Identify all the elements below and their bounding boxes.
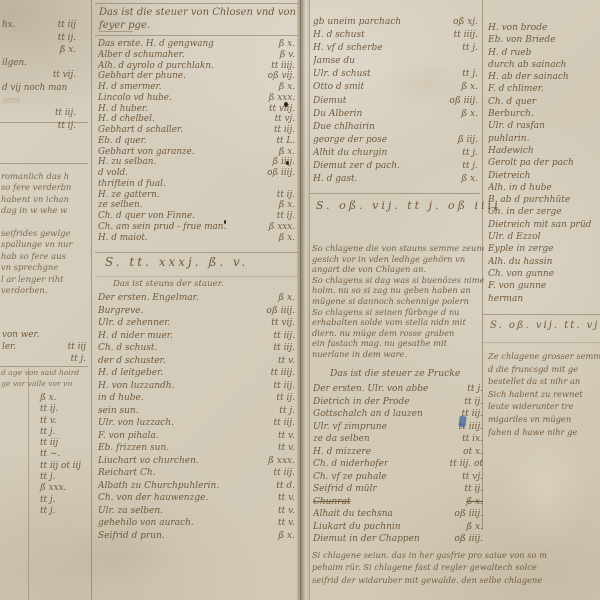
entry-amount: tt vij.: [53, 69, 76, 82]
prose-line: bestellet da st nihr an: [488, 375, 600, 388]
prose-line: Si chlagene seiun. das in her gasfrie pr…: [312, 549, 600, 561]
ledger-name-row: Berburch.: [488, 108, 600, 120]
entry-name: Gebhart der phune.: [98, 71, 186, 82]
ledger-row: Diemut in der Chappenoß iiij.: [313, 533, 483, 546]
summary-rule-below: [95, 276, 298, 277]
entry-name: gehehilo von aurach.: [98, 517, 194, 530]
entry-amount: tt j.: [467, 383, 483, 396]
prose-line: verdorben.: [1, 285, 89, 296]
entry-amount: ß x.: [466, 521, 483, 534]
entry-name: H. d nider muer.: [98, 330, 173, 343]
entry-name: H. d leitgeber.: [98, 367, 163, 380]
prucke-section-heading: Das ist die steuer ze Prucke: [330, 368, 460, 379]
ink-blot: [224, 220, 226, 224]
entry-name: Ch. d quer von Finne.: [98, 211, 195, 222]
entry-name: Ulr. d zehenner.: [98, 317, 170, 330]
margin-row: hx.tt iij: [2, 19, 86, 32]
entry-name: von wer.: [2, 329, 40, 341]
entry-name: Das erste. H. d gengwang: [98, 39, 214, 50]
ledger-row: H. vf d scherbett j.: [313, 42, 478, 55]
amount-line: ß xxx.: [40, 483, 81, 494]
margin-row: d vij noch man: [2, 82, 86, 95]
entry-name: Eb. d quer.: [98, 136, 147, 147]
prose-line: spallunge vn nur: [1, 239, 89, 250]
entry-name: som: [2, 95, 20, 108]
prose-line: l ar lenger riht: [1, 274, 89, 285]
ledger-row: H. d chelbel.tt vj.: [98, 114, 295, 125]
header-rule: [95, 35, 298, 36]
entry-amount: tt iiij.: [271, 61, 295, 72]
ledger-row: Reichart Ch.tt iij.: [98, 467, 295, 480]
left-margin-amount-column: ß x.tt ij.tt v.tt j.tt iijtt ~.tt iij ot…: [40, 393, 81, 517]
section-1-summary: S. tt. xxxj. ß. v.: [105, 255, 248, 269]
ledger-name-row: H. von brode: [488, 22, 600, 34]
prose-line: so fere verderbn: [1, 182, 89, 193]
right-bottom-paragraph: Si chlagene seiun. das in her gasfrie pr…: [312, 549, 600, 586]
entry-name: der d schuster.: [98, 355, 166, 368]
prose-line: gesich vor in vden ledhge gehörn vn: [312, 254, 484, 265]
entry-name: H. zu selban.: [98, 157, 156, 168]
entry-name: Alh. d ayrolo d purchlakn.: [98, 61, 214, 72]
ledger-name-row: Dietreich mit san prüd: [488, 219, 600, 231]
prose-line: leute widerunter tre: [488, 400, 600, 413]
ledger-row: in d hube.tt ij.: [98, 392, 295, 405]
ledger-row: Eb. frizzen sun.tt v.: [98, 442, 295, 455]
ledger-row: Der ersten. Ulr. von abbett j.: [313, 383, 483, 396]
ledger-row: Diemut zer d pach.tt j.: [313, 160, 478, 173]
entry-amount: tt iiij.: [454, 29, 478, 42]
ledger-row: Alhait du techsnaoß iiij.: [313, 508, 483, 521]
ink-blot: [286, 161, 289, 165]
ledger-row: H. d gast.ß x.: [313, 173, 478, 186]
top-rule: [95, 3, 298, 4]
ledger-row: H. ze gattern.tt ij.: [98, 190, 295, 201]
entry-name: ler.: [2, 341, 16, 353]
right-ledger-col2: H. von brodeEb. von BriedeH. d ruebdurch…: [488, 22, 600, 305]
entry-name: Otto d smit: [313, 81, 364, 94]
entry-amount: oß iiij.: [267, 168, 295, 179]
entry-amount: tt viij.: [269, 104, 295, 115]
ledger-row: der d schuster.tt v.: [98, 355, 295, 368]
margin-row: tt ij.: [2, 120, 86, 133]
ledger-name-row: H. ab der sainach: [488, 71, 600, 83]
rcol2-summary-rule-above: [483, 314, 600, 315]
entry-name: Ch. d schust.: [98, 342, 157, 355]
entry-name: Burgreve.: [98, 305, 143, 318]
ledger-section-2: Der ersten. Engelmar.ß x.Burgreve.oß iii…: [98, 292, 295, 542]
right-col2-paragraph: Ze chlagene grosser semmd die fruncsgd m…: [488, 350, 600, 438]
ledger-row: Alhit du churgintt j.: [313, 147, 478, 160]
ledger-row: Dietrich in der Prodett ij.: [313, 396, 483, 409]
ledger-name-row: Eb. von Briede: [488, 34, 600, 46]
margin-row: som: [2, 95, 86, 108]
entry-name: H. d chelbel.: [98, 114, 155, 125]
entry-amount: ß xxx.: [268, 455, 295, 468]
summary-rule-above: [95, 252, 298, 253]
entry-amount: tt vj.: [462, 471, 483, 484]
entry-name: H. d schust: [313, 29, 365, 42]
entry-name: H. vf d scherbe: [313, 42, 383, 55]
prucke-ledger-list: Der ersten. Ulr. von abbett j.Dietrich i…: [313, 383, 483, 546]
ledger-row: Das erste. H. d gengwangß x.: [98, 39, 295, 50]
ledger-name-row: H. d rueb: [488, 47, 600, 59]
ledger-row: ze selben.ß x.: [98, 200, 295, 211]
prose-line: vn sprechgne: [1, 262, 89, 273]
ledger-name-row: Ulr. d Ezzol: [488, 231, 600, 243]
entry-name: george der pose: [313, 134, 387, 147]
prose-line: seifrides gewlge: [1, 228, 89, 239]
entry-amount: tt iij.: [273, 342, 295, 355]
entry-name: Ulr. za selben.: [98, 505, 163, 518]
ledger-row: Ulr. von luzzach.tt iij.: [98, 417, 295, 430]
prose-line: angart die von Chlagen an.: [312, 264, 484, 275]
left-margin-prose: romanlich das hso fere verderbnhabent vn…: [1, 171, 89, 296]
entry-name: Alhit du churgin: [313, 147, 387, 160]
entry-amount: tt v.: [278, 430, 295, 443]
ledger-row: Ch. d schust.tt iij.: [98, 342, 295, 355]
ledger-row: Due chlhairin: [313, 121, 478, 134]
ledger-row: Ulr. za selben.tt v.: [98, 505, 295, 518]
ledger-row: Gottschalch an d lauzentt iij.: [313, 408, 483, 421]
right-ledger-top: gb uneim parchachoß xj.H. d schusttt iii…: [313, 16, 478, 186]
entry-name: Eb. frizzen sun.: [98, 442, 169, 455]
right-page-edge-line: [309, 0, 310, 600]
amount-line: tt iij ot iij: [40, 461, 81, 472]
manuscript-scan: hx.tt iijtt ij.ß x.ilgen.tt vij.d vij no…: [0, 0, 600, 600]
entry-amount: tt ij.: [464, 483, 483, 496]
ledger-row: Burgreve.oß iiij.: [98, 305, 295, 318]
entry-name: Du Alberin: [313, 108, 362, 121]
amount-line: tt v.: [40, 416, 81, 427]
entry-amount: ß iij.: [458, 134, 478, 147]
ledger-row: Jamse du: [313, 55, 478, 68]
entry-amount: tt ij.: [58, 32, 76, 45]
entry-name: Gottschalch an d lauzen: [313, 408, 423, 421]
ledger-name-row: Alh. du hassin: [488, 256, 600, 268]
entry-name: Gebhart d schaller.: [98, 125, 183, 136]
ink-blot: [284, 102, 288, 107]
entry-amount: tt v.: [278, 442, 295, 455]
entry-name: ze da selben: [313, 433, 370, 446]
ledger-row: H. d huber.tt viij.: [98, 104, 295, 115]
prose-line: dag in w whe w: [1, 205, 89, 216]
ledger-row: H. zu selban.ß iiij.: [98, 157, 295, 168]
prose-line: So chlagene die von stauns semme zeune: [312, 243, 484, 254]
entry-name: d vold.: [98, 168, 128, 179]
ledger-row: Eb. d quer.tt L.: [98, 136, 295, 147]
entry-amount: ß iiij.: [272, 157, 295, 168]
ledger-name-row: F. d chlimer.: [488, 83, 600, 95]
margin-row: tt vij.: [2, 69, 86, 82]
entry-amount: ß x.: [279, 82, 295, 93]
ledger-row: H. d schusttt iiij.: [313, 29, 478, 42]
prose-line: mügene si dannoch schennige polern: [312, 296, 484, 307]
entry-amount: tt iij.: [274, 125, 295, 136]
ledger-row: Diemutoß iiij.: [313, 95, 478, 108]
ledger-row: gehehilo von aurach.tt v.: [98, 517, 295, 530]
amount-line: tt j.: [40, 495, 81, 506]
entry-amount: ß x.: [279, 147, 295, 158]
entry-amount: oß iiij.: [454, 508, 483, 521]
prose-line: So chlagens si dag was si buenözes nime: [312, 275, 484, 286]
left-column-rule: [91, 0, 92, 600]
entry-amount: oß vij.: [268, 71, 295, 82]
prose-line: seifrid der widaruber mit gewalde. den s…: [312, 574, 600, 586]
amount-line: ß x.: [40, 393, 81, 404]
ledger-row: Albath zu Churchpuhlerin.tt d.: [98, 480, 295, 493]
amount-line: tt j.: [40, 506, 81, 517]
entry-name: Jamse du: [313, 55, 355, 68]
entry-amount: tt ij.: [277, 190, 295, 201]
entry-name: Seifrid d prun.: [98, 530, 165, 543]
ledger-name-row: F. von gunne: [488, 280, 600, 292]
entry-name: Ch. d niderhofer: [313, 458, 388, 471]
entry-amount: tt v.: [278, 492, 295, 505]
entry-amount: oß xj.: [453, 16, 478, 29]
entry-amount: tt ij.: [277, 211, 295, 222]
entry-amount: oß iiij.: [266, 305, 295, 318]
prose-line: migariles vn mügen: [488, 413, 600, 426]
entry-amount: tt j.: [462, 42, 478, 55]
ledger-row: Chunratß x.: [313, 496, 483, 509]
entry-name: in d hube.: [98, 392, 144, 405]
ledger-row: Ch. d niderhofertt iij. ot: [313, 458, 483, 471]
entry-name: Lincolo vd hube.: [98, 93, 172, 104]
prose-line: hab so fere aus: [1, 251, 89, 262]
entry-amount: ß x.: [461, 173, 478, 186]
entry-name: Liuchart vo churchen.: [98, 455, 199, 468]
entry-name: H. d huber.: [98, 104, 148, 115]
entry-name: Liukart du puchnin: [313, 521, 401, 534]
ledger-row: H. d smermer.ß x.: [98, 82, 295, 93]
amount-line: tt j.: [40, 427, 81, 438]
prose-line: d age von said hoird: [1, 368, 89, 379]
ledger-row: Gebhart von garanze.ß x.: [98, 147, 295, 158]
entry-name: ze selben.: [98, 200, 142, 211]
prose-line: pehaim rür. Si chlagene fast d regler ge…: [312, 561, 600, 573]
entry-name: thriftein d fual.: [98, 179, 166, 190]
entry-name: H. d gast.: [313, 173, 357, 186]
section-2-heading: Das ist steuns der stauer.: [113, 279, 224, 289]
entry-amount: ß xxx.: [269, 222, 295, 233]
ledger-row: Gebhart d schaller.tt iij.: [98, 125, 295, 136]
ledger-name-row: herman: [488, 293, 600, 305]
amount-line: tt j.: [40, 472, 81, 483]
entry-name: Diemut in der Chappen: [313, 533, 420, 546]
entry-amount: tt iij. ot: [450, 458, 483, 471]
entry-amount: tt iij.: [55, 107, 76, 120]
entry-name: H. von luzzandh.: [98, 380, 174, 393]
ledger-row: H. von luzzandh.tt iij.: [98, 380, 295, 393]
margin-vertical-rule: [28, 368, 29, 600]
prose-line: d die fruncsgd mit ge: [488, 363, 600, 376]
ledger-row: Lincolo vd hube.ß xxx.: [98, 93, 295, 104]
entry-name: Ch. am sein prud - frue man.: [98, 222, 226, 233]
prose-line: ge vor valle vor vn: [1, 379, 89, 390]
ledger-row: gb uneim parchachoß xj.: [313, 16, 478, 29]
prose-line: [1, 217, 89, 228]
entry-name: d vij noch man: [2, 82, 67, 95]
prose-line: romanlich das h: [1, 171, 89, 182]
entry-amount: ß xxx.: [269, 93, 295, 104]
entry-name: sein sun.: [98, 405, 139, 418]
entry-name: Ch. vf ze puhale: [313, 471, 387, 484]
ledger-row: Alber d schumaher.ß v.: [98, 50, 295, 61]
entry-amount: ß x.: [279, 39, 295, 50]
left-page-header: Das ist die steuer von Chlosen vnd von e…: [99, 6, 297, 32]
header-line-2: feyer pge.: [99, 19, 297, 32]
entry-amount: ß x.: [279, 200, 295, 211]
ledger-name-row: Eyple in zerge: [488, 243, 600, 255]
margin-row: tt j.: [2, 353, 86, 365]
entry-name: ilgen.: [2, 57, 27, 70]
prose-line: nuerlane in dem ware.: [312, 349, 484, 360]
ledger-row: d vold.oß iiij.: [98, 168, 295, 179]
ledger-section-1: Das erste. H. d gengwangß x.Alber d schu…: [98, 39, 295, 243]
entry-name: Gebhart von garanze.: [98, 147, 195, 158]
entry-name: Chunrat: [313, 496, 351, 509]
ledger-row: Ch. am sein prud - frue man.ß xxx.: [98, 222, 295, 233]
ledger-name-row: Dietreich: [488, 170, 600, 182]
entry-amount: tt iij: [68, 341, 86, 353]
rcol2-summary-rule-below: [483, 342, 600, 343]
prose-line: erhabalten solde vom stella nidn mit: [312, 317, 484, 328]
entry-amount: tt vj.: [275, 114, 295, 125]
ledger-row: sein sun.tt j.: [98, 405, 295, 418]
ledger-row: Ulr. d zehenner.tt vij.: [98, 317, 295, 330]
prose-line: habent vn ichan: [1, 194, 89, 205]
ledger-row: H. d leitgeber.tt iiij.: [98, 367, 295, 380]
ledger-name-row: Ch. in der zerge: [488, 206, 600, 218]
margin-row: tt ij.: [2, 32, 86, 45]
ledger-row: Du Alberinß x.: [313, 108, 478, 121]
prose-line: Sich habent zu rewnet: [488, 388, 600, 401]
prose-line: fahen d hawe nihr ge: [488, 426, 600, 439]
entry-name: Dietrich in der Prode: [313, 396, 410, 409]
ledger-name-row: puhlarin.: [488, 133, 600, 145]
margin-row: von wer.: [2, 329, 86, 341]
entry-name: Der ersten. Engelmar.: [98, 292, 199, 305]
margin-row: ilgen.: [2, 57, 86, 70]
ledger-name-row: Hadewich: [488, 145, 600, 157]
prose-line: diern. nu müge dem rosse graben: [312, 328, 484, 339]
ledger-row: thriftein d fual.: [98, 179, 295, 190]
left-margin-lower-note: d age von said hoirdge vor valle vor vn: [1, 368, 89, 389]
margin-row: ler.tt iij: [2, 341, 86, 353]
ledger-row: Seifrid d prun.ß x.: [98, 530, 295, 543]
entry-name: Ch. von der hauwenzge.: [98, 492, 208, 505]
entry-name: Diemut zer d pach.: [313, 160, 400, 173]
entry-amount: tt v.: [278, 355, 295, 368]
entry-name: Alhait du techsna: [313, 508, 393, 521]
ledger-row: Ch. von der hauwenzge.tt v.: [98, 492, 295, 505]
entry-name: gb uneim parchach: [313, 16, 401, 29]
ledger-row: H. d maiot.ß x.: [98, 233, 295, 244]
entry-name: Seifrid d mülr: [313, 483, 377, 496]
left-margin-lower-list: von wer.ler.tt iijtt j.: [2, 329, 86, 365]
entry-amount: ot x.: [463, 446, 483, 459]
amount-line: tt ~.: [40, 449, 81, 460]
ledger-row: Der ersten. Engelmar.ß x.: [98, 292, 295, 305]
prose-line: Ze chlagene grosser semm: [488, 350, 600, 363]
entry-name: Ulr. von luzzach.: [98, 417, 174, 430]
entry-name: Alber d schumaher.: [98, 50, 185, 61]
entry-amount: tt vij.: [271, 317, 295, 330]
amount-line: tt ij.: [40, 404, 81, 415]
left-page-edge-line: [300, 0, 301, 600]
ledger-row: Otto d smitß x.: [313, 81, 478, 94]
entry-amount: oß iiij.: [449, 95, 478, 108]
margin-row: ß x.: [2, 44, 86, 57]
entry-amount: tt v.: [278, 517, 295, 530]
prose-line: holm. nu so si zag nu geben haben an: [312, 285, 484, 296]
header-line-1: Das ist die steuer von Chlosen vnd von e…: [99, 6, 297, 19]
margin-rule-3: [0, 366, 88, 367]
entry-amount: ß v.: [280, 50, 295, 61]
entry-amount: tt d.: [276, 480, 295, 493]
entry-name: H. d maiot.: [98, 233, 148, 244]
ledger-row: Liukart du puchninß x.: [313, 521, 483, 534]
ledger-name-row: durch ab sainach: [488, 59, 600, 71]
ledger-name-row: Ch. d quer: [488, 96, 600, 108]
entry-amount: tt iij.: [273, 417, 295, 430]
ledger-row: H. d mizzereot x.: [313, 446, 483, 459]
entry-name: H. ze gattern.: [98, 190, 160, 201]
entry-amount: tt iij.: [273, 380, 295, 393]
entry-amount: ß x.: [278, 292, 295, 305]
entry-amount: tt j.: [279, 405, 295, 418]
ledger-row: Ch. vf ze puhalett vj.: [313, 471, 483, 484]
entry-name: Diemut: [313, 95, 346, 108]
entry-name: hx.: [2, 19, 15, 32]
entry-amount: tt iij.: [273, 467, 295, 480]
entry-amount: tt j.: [462, 147, 478, 160]
entry-amount: tt j.: [71, 353, 86, 365]
entry-amount: tt ix.: [462, 433, 483, 446]
entry-name: F. von pihala.: [98, 430, 159, 443]
entry-amount: ß x.: [466, 496, 483, 509]
ledger-row: ze da selbentt ix.: [313, 433, 483, 446]
entry-name: Der ersten. Ulr. von abbe: [313, 383, 428, 396]
entry-amount: tt iiij.: [271, 367, 295, 380]
prose-line: So chlagens si seinen fürbnge d nu: [312, 307, 484, 318]
entry-amount: tt ij.: [276, 392, 295, 405]
right-col1-summary: S. oß. vij. tt j. oß iiij: [316, 199, 500, 212]
entry-amount: ß x.: [279, 233, 295, 244]
entry-amount: tt iij.: [273, 330, 295, 343]
entry-name: Albath zu Churchpuhlerin.: [98, 480, 219, 493]
right-col1-paragraph-1: So chlagene die von stauns semme zeunege…: [312, 243, 484, 360]
left-margin-top-list: hx.tt iijtt ij.ß x.ilgen.tt vij.d vij no…: [2, 19, 86, 132]
entry-amount: tt L.: [276, 136, 295, 147]
ledger-name-row: Ch. von gunne: [488, 268, 600, 280]
entry-amount: ß x.: [278, 530, 295, 543]
prose-line: ein fastach mag. nu gesathe mit: [312, 338, 484, 349]
entry-amount: ß x.: [461, 81, 478, 94]
entry-name: H. d mizzere: [313, 446, 371, 459]
entry-amount: tt j.: [462, 68, 478, 81]
entry-amount: tt v.: [278, 505, 295, 518]
rcol1-summary-rule: [310, 193, 480, 194]
ledger-row: H. d nider muer.tt iij.: [98, 330, 295, 343]
ledger-row: Liuchart vo churchen.ß xxx.: [98, 455, 295, 468]
ledger-row: F. von pihala.tt v.: [98, 430, 295, 443]
entry-amount: tt ij.: [58, 120, 76, 133]
ledger-row: Alh. d ayrolo d purchlakn.tt iiij.: [98, 61, 295, 72]
ledger-name-row: Alh. in d hube: [488, 182, 600, 194]
entry-amount: tt ij.: [464, 396, 483, 409]
ledger-row: Ulr. d schusttt j.: [313, 68, 478, 81]
